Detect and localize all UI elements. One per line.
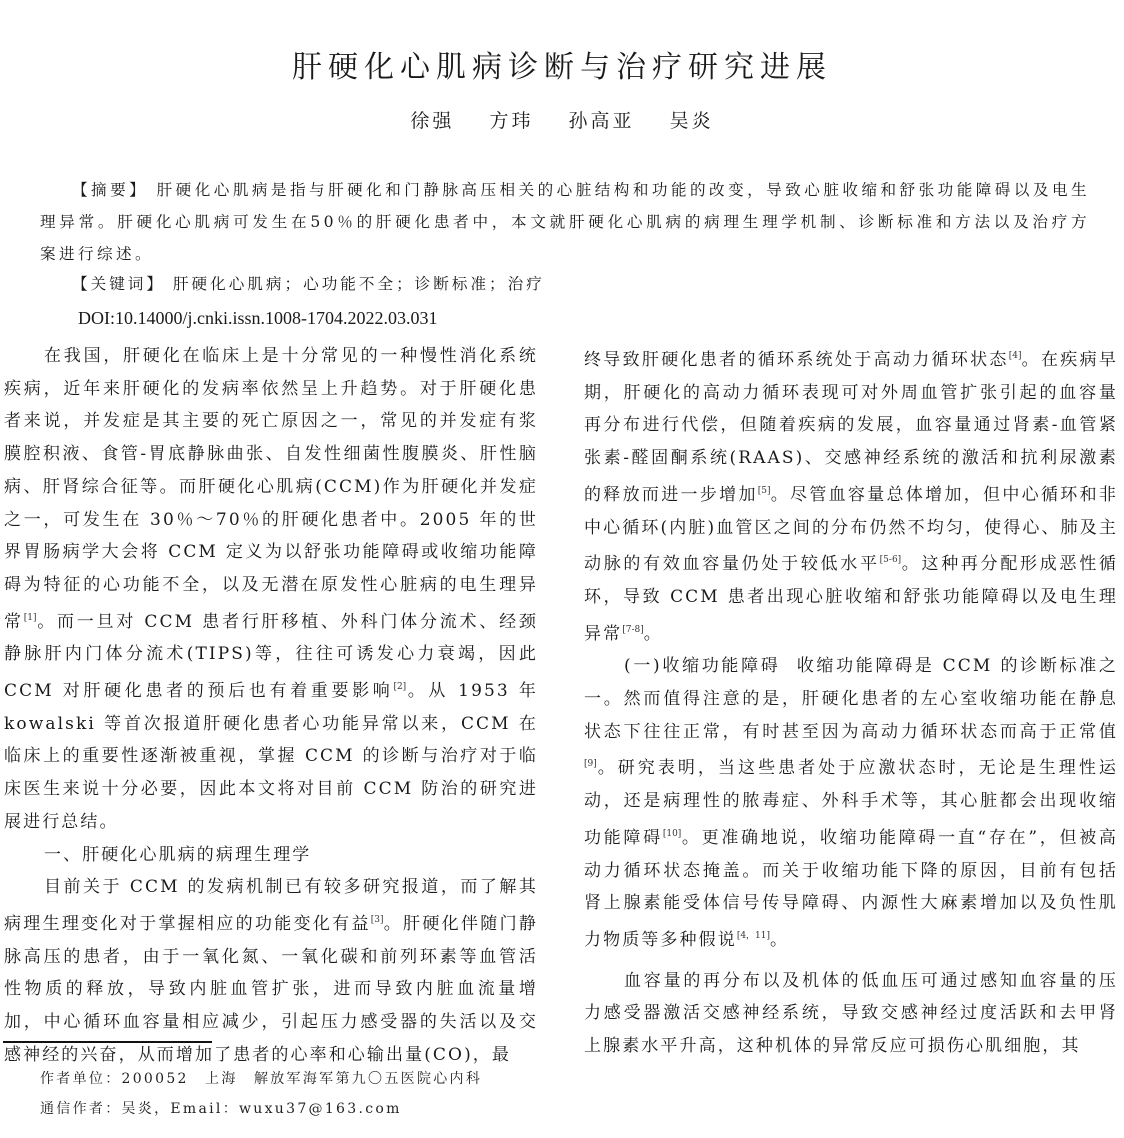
citation[interactable]: [1] [24, 613, 37, 623]
keywords: 【关键词】 肝硬化心肌病；心功能不全；诊断标准；治疗 [72, 272, 545, 294]
citation[interactable]: [4] [1009, 351, 1022, 361]
keywords-text: 肝硬化心肌病；心功能不全；诊断标准；治疗 [173, 275, 545, 293]
corresponding-author: 通信作者：吴炎，Email：wuxu37@163.com [40, 1098, 402, 1118]
text-run: 。在疾病早期，肝硬化的高动力循环表现可对外周血管扩张引起的血容量再分布进行代偿，… [584, 350, 1118, 505]
author-name: 徐强 [410, 110, 454, 132]
text-run: 。 [770, 930, 789, 950]
text-run: 。更准确地说，收缩功能障碍一直“存在”，但被高动力循环状态掩盖。而关于收缩功能下… [584, 828, 1118, 950]
citation[interactable]: [9] [584, 759, 597, 769]
author-name: 吴炎 [670, 110, 714, 132]
citation[interactable]: [7-8] [622, 625, 644, 635]
author-name: 方玮 [489, 110, 533, 132]
body-column-right: 终导致肝硬化患者的循环系统处于高动力循环状态[4]。在疾病早期，肝硬化的高动力循… [584, 340, 1118, 1063]
author-affiliation: 作者单位：200052 上海 解放军海军第九〇五医院心内科 [40, 1068, 482, 1088]
citation[interactable]: [3] [371, 915, 384, 925]
author-list: 徐强 方玮 孙高亚 吴炎 [0, 106, 1124, 133]
author-name: 孙高亚 [569, 110, 635, 132]
citation[interactable]: [2] [393, 682, 406, 692]
citation[interactable]: [5] [758, 486, 771, 496]
text-run: 。从 1953 年 kowalski 等首次报道肝硬化患者心功能异常以来，CCM… [4, 681, 538, 832]
footnote-divider [3, 1041, 212, 1043]
section-heading: 一、肝硬化心肌病的病理生理学 [4, 839, 538, 872]
article-title: 肝硬化心肌病诊断与治疗研究进展 [0, 42, 1124, 86]
abstract-paragraph: 【摘要】 肝硬化心肌病是指与肝硬化和门静脉高压相关的心脏结构和功能的改变，导致心… [40, 174, 1090, 270]
doi: DOI:10.14000/j.cnki.issn.1008-1704.2022.… [78, 308, 438, 329]
intro-paragraph: 在我国，肝硬化在临床上是十分常见的一种慢性消化系统疾病，近年来肝硬化的发病率依然… [4, 340, 538, 839]
text-run: 终导致肝硬化患者的循环系统处于高动力循环状态 [584, 350, 1009, 370]
citation[interactable]: [5-6] [880, 555, 902, 565]
subsection-paragraph: (一)收缩功能障碍 收缩功能障碍是 CCM 的诊断标准之一。然而值得注意的是，肝… [584, 650, 1118, 956]
body-column-left: 在我国，肝硬化在临床上是十分常见的一种慢性消化系统疾病，近年来肝硬化的发病率依然… [4, 340, 538, 1071]
citation[interactable]: [4，11] [737, 931, 770, 941]
abstract: 【摘要】 肝硬化心肌病是指与肝硬化和门静脉高压相关的心脏结构和功能的改变，导致心… [40, 174, 1090, 270]
text-run: 。 [644, 624, 663, 644]
abstract-text: 肝硬化心肌病是指与肝硬化和门静脉高压相关的心脏结构和功能的改变，导致心脏收缩和舒… [40, 181, 1090, 263]
abstract-label: 【摘要】 [72, 181, 148, 199]
body-paragraph: 血容量的再分布以及机体的低血压可通过感知血容量的压力感受器激活交感神经系统，导致… [584, 965, 1118, 1063]
citation[interactable]: [10] [663, 829, 681, 839]
keywords-label: 【关键词】 [72, 275, 165, 293]
text-run: 在我国，肝硬化在临床上是十分常见的一种慢性消化系统疾病，近年来肝硬化的发病率依然… [4, 346, 538, 632]
subsection-heading: (一)收缩功能障碍 [624, 656, 781, 676]
body-paragraph: 终导致肝硬化患者的循环系统处于高动力循环状态[4]。在疾病早期，肝硬化的高动力循… [584, 340, 1118, 650]
